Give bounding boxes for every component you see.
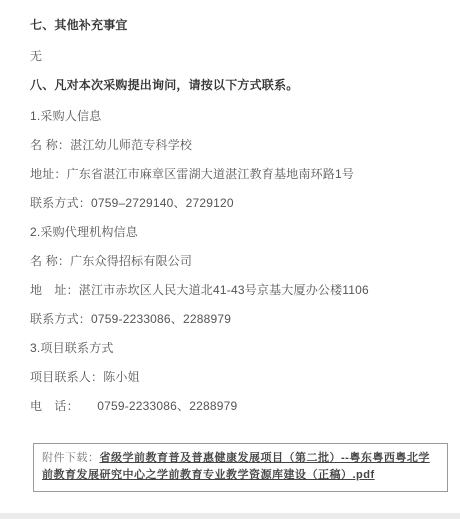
paragraph: 地址：广东省湛江市麻章区雷湖大道湛江教育基地南环路1号 [30, 166, 448, 182]
paragraph: 电 话： 0759-2233086、2288979 [30, 398, 448, 414]
paragraph: 无 [30, 48, 448, 64]
paragraph: 1.采购人信息 [30, 108, 448, 124]
attachment-box: 附件下载：省级学前教育普及普惠健康发展项目（第二批）--粤东粤西粤北学前教育发展… [33, 443, 448, 492]
paragraph: 联系方式：0759–2729140、2729120 [30, 195, 448, 211]
document-body: 七、其他补充事宜无八、凡对本次采购提出询问，请按以下方式联系。1.采购人信息名 … [0, 0, 460, 492]
notice-page: 七、其他补充事宜无八、凡对本次采购提出询问，请按以下方式联系。1.采购人信息名 … [0, 0, 460, 519]
paragraph: 项目联系人：陈小姐 [30, 369, 448, 385]
paragraph: 名 称：湛江幼儿师范专科学校 [30, 137, 448, 153]
paragraph: 地 址：湛江市赤坎区人民大道北41-43号京基大厦办公楼1106 [30, 282, 448, 298]
section-heading: 八、凡对本次采购提出询问，请按以下方式联系。 [30, 77, 448, 93]
paragraph: 3.项目联系方式 [30, 340, 448, 356]
paragraph: 2.采购代理机构信息 [30, 224, 448, 240]
paragraph: 联系方式：0759-2233086、2288979 [30, 311, 448, 327]
footer-strip [0, 513, 460, 519]
paragraph: 名 称：广东众得招标有限公司 [30, 253, 448, 269]
section-heading: 七、其他补充事宜 [30, 17, 448, 33]
attachment-link[interactable]: 省级学前教育普及普惠健康发展项目（第二批）--粤东粤西粤北学前教育发展研究中心之… [42, 452, 430, 481]
paragraph-list: 七、其他补充事宜无八、凡对本次采购提出询问，请按以下方式联系。1.采购人信息名 … [30, 17, 448, 414]
attachment-label: 附件下载： [42, 452, 100, 464]
